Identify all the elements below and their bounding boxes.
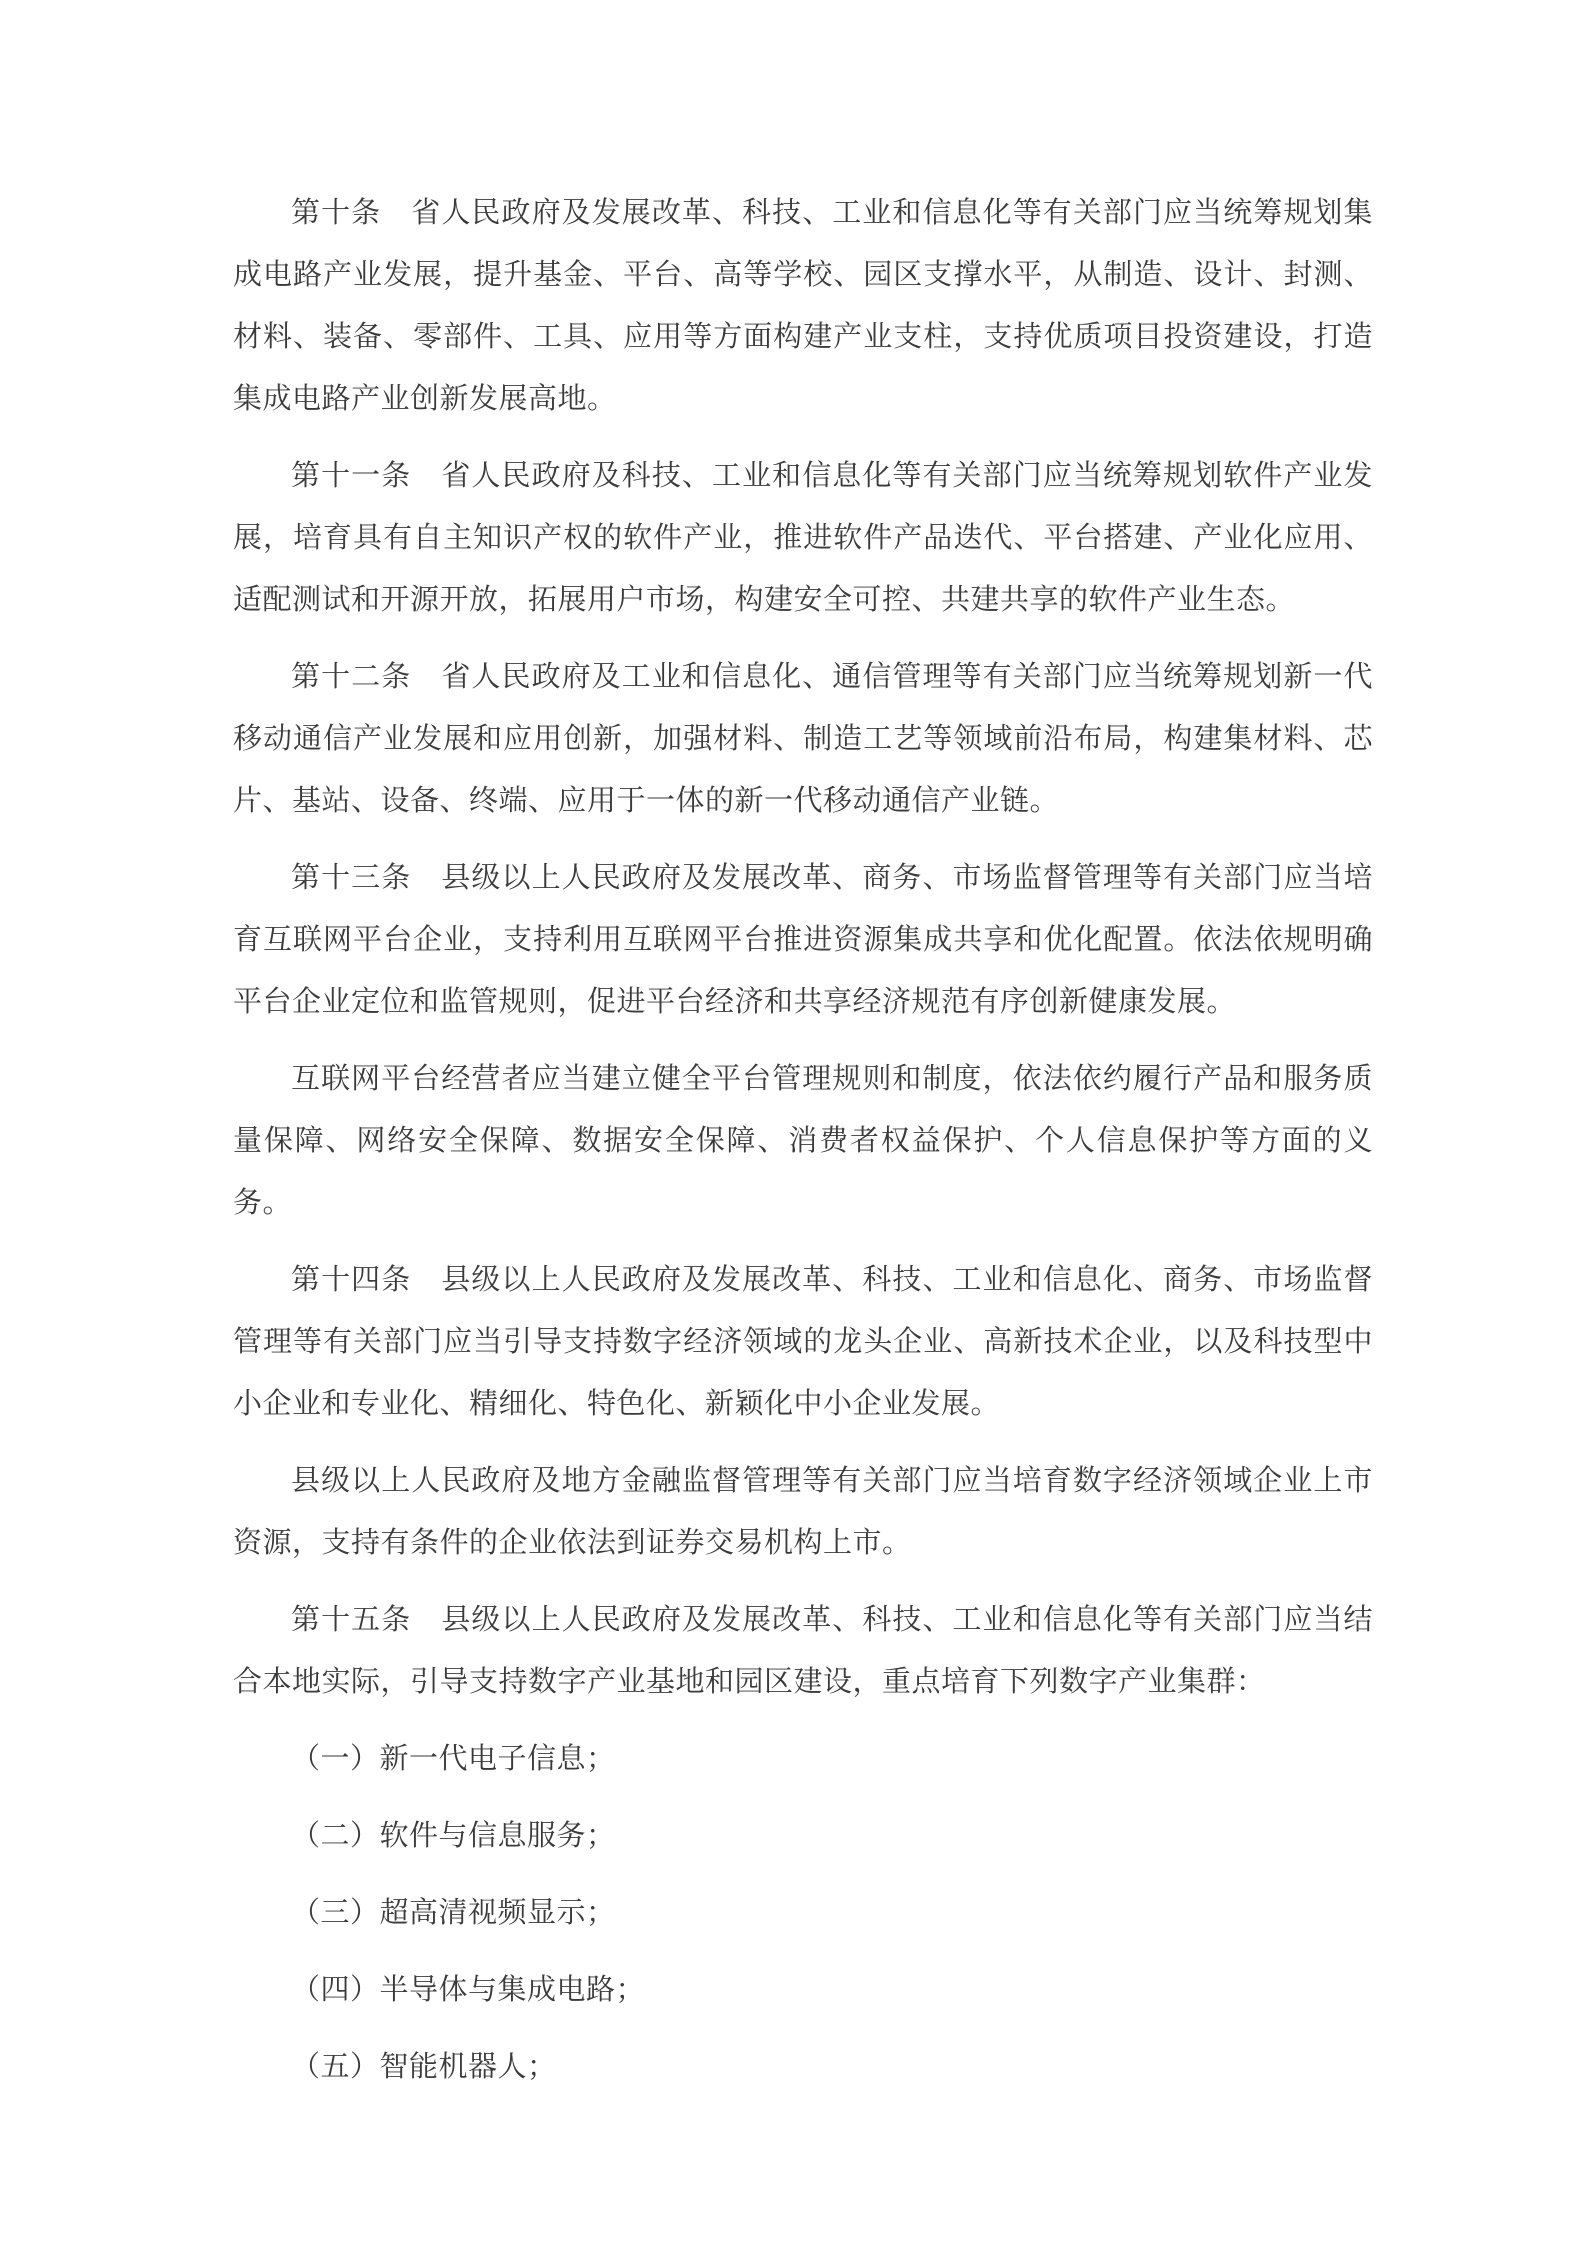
list-item-1: （一）新一代电子信息；	[233, 1728, 1373, 1790]
list-item-3: （三）超高清视频显示；	[233, 1882, 1373, 1944]
list-item-2: （二）软件与信息服务；	[233, 1805, 1373, 1867]
list-item-5: （五）智能机器人；	[233, 2036, 1373, 2098]
list-item-4: （四）半导体与集成电路；	[233, 1959, 1373, 2021]
document-page: 第十条 省人民政府及发展改革、科技、工业和信息化等有关部门应当统筹规划集成电路产…	[0, 0, 1586, 2244]
article-14-paragraph: 第十四条 县级以上人民政府及发展改革、科技、工业和信息化、商务、市场监督管理等有…	[233, 1249, 1373, 1435]
article-15-paragraph: 第十五条 县级以上人民政府及发展改革、科技、工业和信息化等有关部门应当结合本地实…	[233, 1589, 1373, 1713]
article-13-paragraph: 第十三条 县级以上人民政府及发展改革、商务、市场监督管理等有关部门应当培育互联网…	[233, 847, 1373, 1033]
article-11-paragraph: 第十一条 省人民政府及科技、工业和信息化等有关部门应当统筹规划软件产业发展，培育…	[233, 445, 1373, 631]
article-10-paragraph: 第十条 省人民政府及发展改革、科技、工业和信息化等有关部门应当统筹规划集成电路产…	[233, 182, 1373, 430]
article-12-paragraph: 第十二条 省人民政府及工业和信息化、通信管理等有关部门应当统筹规划新一代移动通信…	[233, 646, 1373, 832]
article-13-paragraph-2: 互联网平台经营者应当建立健全平台管理规则和制度，依法依约履行产品和服务质量保障、…	[233, 1048, 1373, 1234]
document-body: 第十条 省人民政府及发展改革、科技、工业和信息化等有关部门应当统筹规划集成电路产…	[233, 182, 1373, 2113]
article-14-paragraph-2: 县级以上人民政府及地方金融监督管理等有关部门应当培育数字经济领域企业上市资源，支…	[233, 1450, 1373, 1574]
